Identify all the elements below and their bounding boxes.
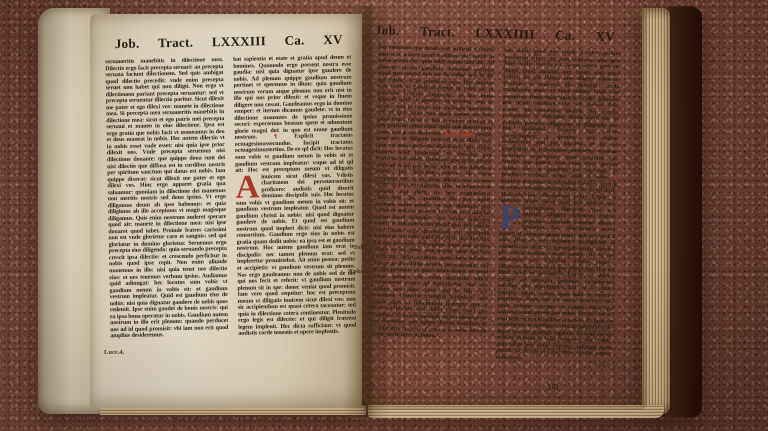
fore-edge-pages — [642, 8, 670, 414]
left-page-content: Job. Tract. LXXXIII Ca. XV seruaueritis … — [90, 14, 362, 408]
margin-note-john: Johan. — [354, 244, 373, 251]
header-word: Job. — [375, 22, 400, 39]
header-word: Tract. — [420, 24, 456, 41]
margin-note-ephesians: Ephe. — [349, 268, 365, 275]
drop-cap-a: A — [235, 175, 259, 200]
body-text: bat vobiscum que modo non audistis. Cred… — [376, 44, 494, 137]
header-word: Tract. — [158, 35, 193, 52]
body-text: bat sapientia et etate et gratia apud de… — [233, 55, 352, 142]
right-column-1: bat vobiscum que modo non audistis. Cred… — [369, 44, 495, 399]
body-text: pendet quod ait: vt diligatis inuicem si… — [370, 132, 492, 339]
rubric-explicit-incipit: Explicit tractatus octuagesimustertius. … — [500, 178, 617, 207]
header-word: Job. — [115, 36, 140, 52]
left-running-header: Job. Tract. LXXXIII Ca. XV — [115, 32, 343, 52]
margin-note-psalm: Psal.cij. — [594, 361, 616, 368]
open-book: Job. Tract. LXXXIII Ca. XV seruaueritis … — [38, 6, 702, 418]
left-page-columns: seruaueritis manebitis in dilectione mea… — [105, 55, 357, 400]
header-word: Ca. — [555, 27, 575, 44]
pilcrow-mark: ¶ — [274, 134, 277, 140]
pilcrow-mark: ¶ — [445, 131, 448, 137]
quire-signature-mark: j iij — [548, 383, 558, 391]
left-page: Job. Tract. LXXXIII Ca. XV seruaueritis … — [90, 14, 362, 408]
header-word: LXXXIIII — [475, 25, 535, 43]
header-word: LXXXIII — [212, 33, 266, 50]
right-page: Job. Tract. LXXXIIII Ca. XV bat vobiscum… — [364, 10, 646, 410]
right-page-columns: bat vobiscum que modo non audistis. Cred… — [369, 44, 621, 403]
pilcrow-mark: ¶ — [614, 175, 617, 181]
header-word: Ca. — [284, 32, 304, 48]
left-column-1: seruaueritis manebitis in dilectione mea… — [105, 57, 230, 399]
drop-cap-p: P — [499, 206, 520, 232]
right-page-content: Job. Tract. LXXXIIII Ca. XV bat vobiscum… — [364, 10, 646, 410]
margin-note-first-john: j. Johan.iij. — [578, 326, 609, 333]
body-text: nos voluit quod non credit. Credere scil… — [501, 48, 621, 181]
photo-open-incunabulum: Job. Tract. LXXXIII Ca. XV seruaueritis … — [0, 0, 768, 431]
right-column-2: nos voluit quod non credit. Credere scil… — [495, 48, 621, 403]
left-column-2: bat sapientia et etate et gratia apud de… — [233, 55, 358, 397]
right-running-header: Job. Tract. LXXXIIII Ca. XV — [375, 22, 615, 45]
body-text: seruaueritis manebitis in dilectione mea… — [105, 57, 228, 340]
right-cover-board — [666, 6, 702, 418]
header-word: XV — [323, 32, 343, 48]
margin-note-luke: Luce.4. — [104, 349, 124, 356]
header-word: XV — [595, 28, 615, 45]
